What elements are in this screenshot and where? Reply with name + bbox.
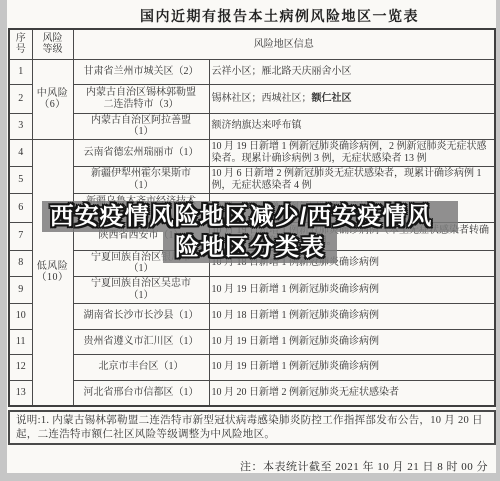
region-cell: 北京市丰台区（1） — [73, 354, 209, 380]
caption-line-1: 西安疫情风险地区减少/西安疫情风 — [0, 201, 500, 232]
risk-table-head: 序号风险等级风险地区信息 — [9, 29, 495, 59]
region-cell: 云南省德宏州瑞丽市（1） — [73, 139, 209, 166]
info-cell: 10 月 19 日新增 1 例新冠肺炎确诊病例 — [209, 329, 495, 354]
info-cell: 10 月 20 日新增 2 例新冠肺炎无症状感染者 — [209, 380, 495, 406]
row-index-cell: 9 — [9, 276, 32, 303]
caption-text-2: 险地区分类表 — [163, 232, 337, 263]
caption-overlay: 西安疫情风险地区减少/西安疫情风 险地区分类表 — [0, 201, 500, 263]
row-index-cell: 3 — [9, 113, 32, 139]
info-cell: 10 月 19 日新增 1 例新冠肺炎确诊病例，2 例新冠肺炎无症状感染者。现累… — [209, 139, 495, 166]
region-cell: 新疆伊犁州霍尔果斯市（1） — [73, 166, 209, 193]
row-index-cell: 12 — [9, 354, 32, 380]
page-title: 国内近期有报告本土病例风险地区一览表 — [7, 6, 496, 26]
table-row: 3内蒙古自治区阿拉善盟（1）额济纳旗达来呼布镇 — [9, 113, 495, 139]
caption-line-2: 险地区分类表 — [0, 232, 500, 263]
row-index-cell: 11 — [9, 329, 32, 354]
risk-level-cell: 中风险（6） — [32, 59, 73, 139]
row-index-cell: 2 — [9, 84, 32, 113]
row-index-cell: 10 — [9, 303, 32, 329]
info-cell: 额济纳旗达来呼布镇 — [209, 113, 495, 139]
info-cell: 10 月 18 日新增 1 例新冠肺炎确诊病例 — [209, 303, 495, 329]
header-risk-info: 风险地区信息 — [73, 29, 495, 59]
row-index-cell: 5 — [9, 166, 32, 193]
region-cell: 内蒙古自治区锡林郭勒盟二连浩特市（3） — [73, 84, 209, 113]
region-cell: 宁夏回族自治区吴忠市（1） — [73, 276, 209, 303]
info-cell: 10 月 19 日新增 1 例新冠肺炎确诊病例 — [209, 276, 495, 303]
note-box: 说明:1. 内蒙古锡林郭勒盟二连浩特市新型冠状病毒感染肺炎防控工作指挥部发布公告… — [8, 410, 496, 445]
region-cell: 河北省邢台市信都区（1） — [73, 380, 209, 406]
table-row: 10湖南省长沙市长沙县（1）10 月 18 日新增 1 例新冠肺炎确诊病例 — [9, 303, 495, 329]
table-row: 13河北省邢台市信都区（1）10 月 20 日新增 2 例新冠肺炎无症状感染者 — [9, 380, 495, 406]
info-cell: 10 月 6 日新增 2 例新冠肺炎无症状感染者，现累计确诊病例 1 例，无症状… — [209, 166, 495, 193]
info-cell: 锡林社区；西城社区；额仁社区 — [209, 84, 495, 113]
stats-cutoff-footnote: 注：本表统计截至 2021 年 10 月 21 日 8 时 00 分 — [240, 458, 488, 474]
header-index: 序号 — [9, 29, 32, 59]
table-row: 4低风险（10）云南省德宏州瑞丽市（1）10 月 19 日新增 1 例新冠肺炎确… — [9, 139, 495, 166]
region-cell: 贵州省遵义市汇川区（1） — [73, 329, 209, 354]
header-risk-level: 风险等级 — [32, 29, 73, 59]
row-index-cell: 13 — [9, 380, 32, 406]
table-row: 1中风险（6）甘肃省兰州市城关区（2）云祥小区；雁北路天庆丽舍小区 — [9, 59, 495, 84]
info-cell: 10 月 19 日新增 1 例新冠肺炎确诊病例 — [209, 354, 495, 380]
caption-text-1: 西安疫情风险地区减少/西安疫情风 — [42, 201, 459, 232]
region-cell: 甘肃省兰州市城关区（2） — [73, 59, 209, 84]
row-index-cell: 4 — [9, 139, 32, 166]
region-cell: 内蒙古自治区阿拉善盟（1） — [73, 113, 209, 139]
region-cell: 湖南省长沙市长沙县（1） — [73, 303, 209, 329]
table-row: 12北京市丰台区（1）10 月 19 日新增 1 例新冠肺炎确诊病例 — [9, 354, 495, 380]
info-cell: 云祥小区；雁北路天庆丽舍小区 — [209, 59, 495, 84]
table-row: 9宁夏回族自治区吴忠市（1）10 月 19 日新增 1 例新冠肺炎确诊病例 — [9, 276, 495, 303]
table-row: 11贵州省遵义市汇川区（1）10 月 19 日新增 1 例新冠肺炎确诊病例 — [9, 329, 495, 354]
table-row: 2内蒙古自治区锡林郭勒盟二连浩特市（3）锡林社区；西城社区；额仁社区 — [9, 84, 495, 113]
row-index-cell: 1 — [9, 59, 32, 84]
table-row: 5新疆伊犁州霍尔果斯市（1）10 月 6 日新增 2 例新冠肺炎无症状感染者，现… — [9, 166, 495, 193]
risk-level-cell: 低风险（10） — [32, 139, 73, 406]
